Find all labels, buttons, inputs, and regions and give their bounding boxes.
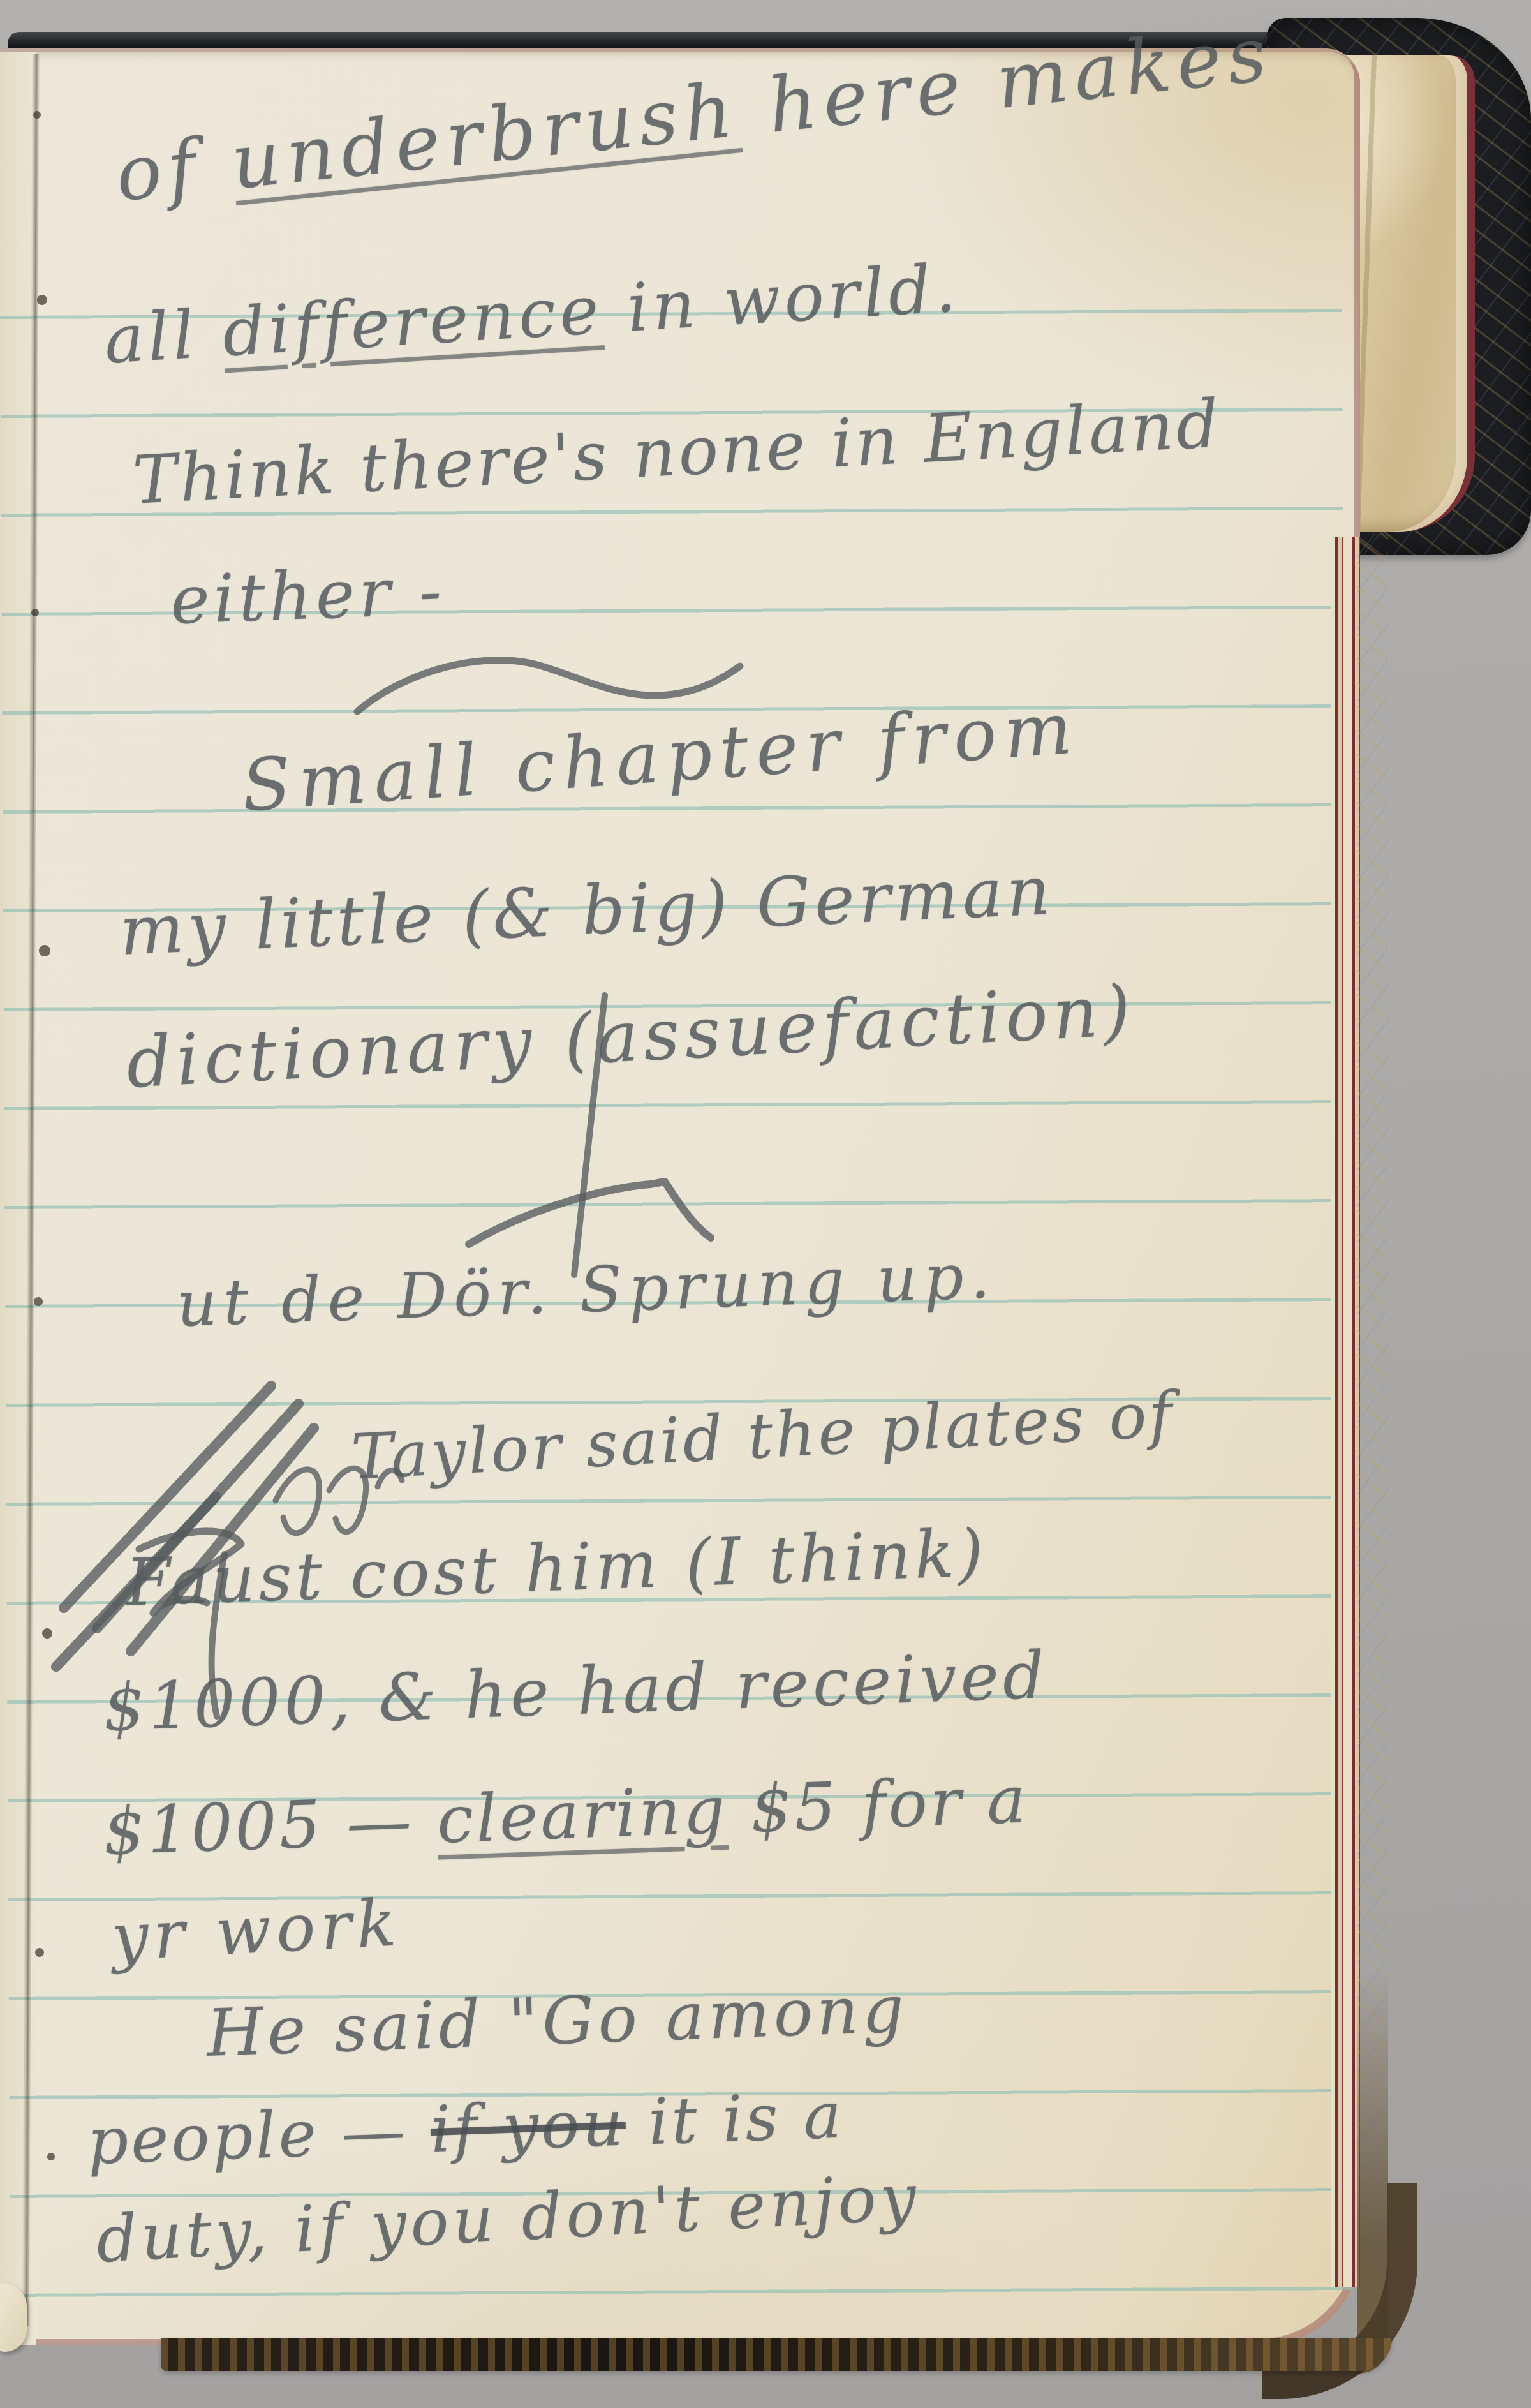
text-segment: $5 for a xyxy=(726,1762,1030,1848)
handwritten-line-4: either - xyxy=(169,552,447,639)
text-segment: all xyxy=(102,294,225,379)
text-segment: of xyxy=(112,119,237,218)
notebook-photo: of underbrush here makes all difference … xyxy=(0,0,1531,2408)
struck-out-words: if you xyxy=(429,2086,627,2167)
text-segment: either - xyxy=(169,552,447,639)
text-segment: people — xyxy=(86,2092,432,2179)
text-segment: it is a xyxy=(625,2078,845,2160)
handwritten-line-13: yr work xyxy=(110,1885,403,1976)
cover-bottom-edge xyxy=(161,2338,1392,2371)
page-edge-stripes xyxy=(1331,537,1360,2287)
cover-right-edge xyxy=(1357,533,1388,2374)
text-segment: yr work xyxy=(110,1885,403,1976)
bottom-left-page-curl xyxy=(0,2284,27,2352)
underlined-word: clearing xyxy=(436,1773,729,1859)
text-segment: $1005 — xyxy=(102,1783,438,1870)
